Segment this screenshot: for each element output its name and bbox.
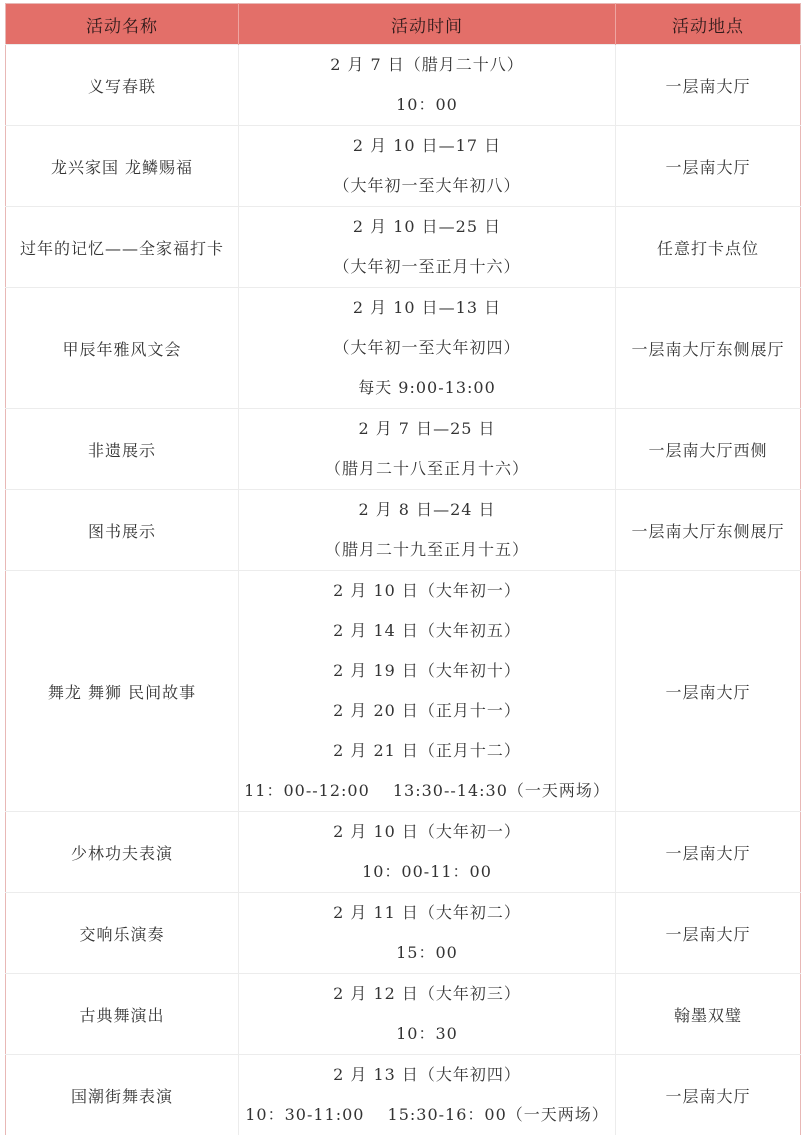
activity-name: 过年的记忆——全家福打卡 (6, 207, 239, 288)
time-line: （大年初一至大年初八） (239, 166, 615, 206)
table-row: 过年的记忆——全家福打卡 2 月 10 日—25 日 （大年初一至正月十六） 任… (6, 207, 801, 288)
time-line: 2 月 10 日（大年初一） (239, 571, 615, 611)
time-line: 15：00 (239, 933, 615, 973)
activity-location: 一层南大厅西侧 (616, 409, 801, 490)
time-line: 2 月 13 日（大年初四） (239, 1055, 615, 1095)
header-activity-location: 活动地点 (616, 4, 801, 45)
time-line: 10：30-11:00 15:30-16：00（一天两场） (239, 1095, 615, 1135)
activity-time: 2 月 10 日（大年初一） 2 月 14 日（大年初五） 2 月 19 日（大… (239, 571, 616, 812)
activity-location: 一层南大厅 (616, 893, 801, 974)
time-line: 2 月 12 日（大年初三） (239, 974, 615, 1014)
activity-time: 2 月 10 日—17 日 （大年初一至大年初八） (239, 126, 616, 207)
time-line: 2 月 20 日（正月十一） (239, 691, 615, 731)
time-line: 11：00--12:00 13:30--14:30（一天两场） (239, 771, 615, 811)
table-row: 交响乐演奏 2 月 11 日（大年初二） 15：00 一层南大厅 (6, 893, 801, 974)
activity-location: 一层南大厅东侧展厅 (616, 288, 801, 409)
activity-name: 古典舞演出 (6, 974, 239, 1055)
activity-name: 非遗展示 (6, 409, 239, 490)
activity-name: 少林功夫表演 (6, 812, 239, 893)
activity-time: 2 月 7 日（腊月二十八） 10：00 (239, 45, 616, 126)
time-line: （大年初一至正月十六） (239, 247, 615, 287)
table-row: 舞龙 舞狮 民间故事 2 月 10 日（大年初一） 2 月 14 日（大年初五）… (6, 571, 801, 812)
activity-location: 一层南大厅 (616, 812, 801, 893)
time-line: 2 月 10 日—13 日 (239, 288, 615, 328)
table-row: 图书展示 2 月 8 日—24 日 （腊月二十九至正月十五） 一层南大厅东侧展厅 (6, 490, 801, 571)
activity-location: 一层南大厅 (616, 1055, 801, 1135)
activity-name: 甲辰年雅风文会 (6, 288, 239, 409)
activity-location: 翰墨双璧 (616, 974, 801, 1055)
table-row: 国潮街舞表演 2 月 13 日（大年初四） 10：30-11:00 15:30-… (6, 1055, 801, 1135)
time-line: 2 月 14 日（大年初五） (239, 611, 615, 651)
time-line: 2 月 8 日—24 日 (239, 490, 615, 530)
time-line: 2 月 10 日—17 日 (239, 126, 615, 166)
activity-time: 2 月 12 日（大年初三） 10：30 (239, 974, 616, 1055)
time-line: （腊月二十九至正月十五） (239, 530, 615, 570)
activity-location: 任意打卡点位 (616, 207, 801, 288)
table-row: 甲辰年雅风文会 2 月 10 日—13 日 （大年初一至大年初四） 每天 9:0… (6, 288, 801, 409)
activity-name: 国潮街舞表演 (6, 1055, 239, 1135)
activity-time: 2 月 10 日（大年初一） 10：00-11：00 (239, 812, 616, 893)
activity-location: 一层南大厅 (616, 571, 801, 812)
time-line: 2 月 11 日（大年初二） (239, 893, 615, 933)
table-row: 少林功夫表演 2 月 10 日（大年初一） 10：00-11：00 一层南大厅 (6, 812, 801, 893)
time-line: 2 月 21 日（正月十二） (239, 731, 615, 771)
table-row: 义写春联 2 月 7 日（腊月二十八） 10：00 一层南大厅 (6, 45, 801, 126)
time-line: （大年初一至大年初四） (239, 328, 615, 368)
activity-schedule-table: 活动名称 活动时间 活动地点 义写春联 2 月 7 日（腊月二十八） 10：00… (5, 3, 801, 1135)
header-activity-name: 活动名称 (6, 4, 239, 45)
activity-time: 2 月 7 日—25 日 （腊月二十八至正月十六） (239, 409, 616, 490)
activity-location: 一层南大厅 (616, 45, 801, 126)
time-line: 每天 9:00-13:00 (239, 368, 615, 408)
activity-name: 交响乐演奏 (6, 893, 239, 974)
activity-time: 2 月 13 日（大年初四） 10：30-11:00 15:30-16：00（一… (239, 1055, 616, 1135)
time-line: 2 月 10 日（大年初一） (239, 812, 615, 852)
time-line: 10：00-11：00 (239, 852, 615, 892)
time-line: 10：00 (239, 85, 615, 125)
table-row: 古典舞演出 2 月 12 日（大年初三） 10：30 翰墨双璧 (6, 974, 801, 1055)
time-line: 2 月 7 日（腊月二十八） (239, 45, 615, 85)
activity-location: 一层南大厅 (616, 126, 801, 207)
time-line: 10：30 (239, 1014, 615, 1054)
activity-time: 2 月 10 日—25 日 （大年初一至正月十六） (239, 207, 616, 288)
activity-name: 舞龙 舞狮 民间故事 (6, 571, 239, 812)
time-line: 2 月 19 日（大年初十） (239, 651, 615, 691)
activity-name: 龙兴家国 龙鳞赐福 (6, 126, 239, 207)
activity-time: 2 月 8 日—24 日 （腊月二十九至正月十五） (239, 490, 616, 571)
time-line: 2 月 7 日—25 日 (239, 409, 615, 449)
activity-name: 义写春联 (6, 45, 239, 126)
activity-name: 图书展示 (6, 490, 239, 571)
activity-time: 2 月 10 日—13 日 （大年初一至大年初四） 每天 9:00-13:00 (239, 288, 616, 409)
table-row: 非遗展示 2 月 7 日—25 日 （腊月二十八至正月十六） 一层南大厅西侧 (6, 409, 801, 490)
time-line: 2 月 10 日—25 日 (239, 207, 615, 247)
activity-location: 一层南大厅东侧展厅 (616, 490, 801, 571)
activity-time: 2 月 11 日（大年初二） 15：00 (239, 893, 616, 974)
header-activity-time: 活动时间 (239, 4, 616, 45)
table-header-row: 活动名称 活动时间 活动地点 (6, 4, 801, 45)
table-row: 龙兴家国 龙鳞赐福 2 月 10 日—17 日 （大年初一至大年初八） 一层南大… (6, 126, 801, 207)
time-line: （腊月二十八至正月十六） (239, 449, 615, 489)
